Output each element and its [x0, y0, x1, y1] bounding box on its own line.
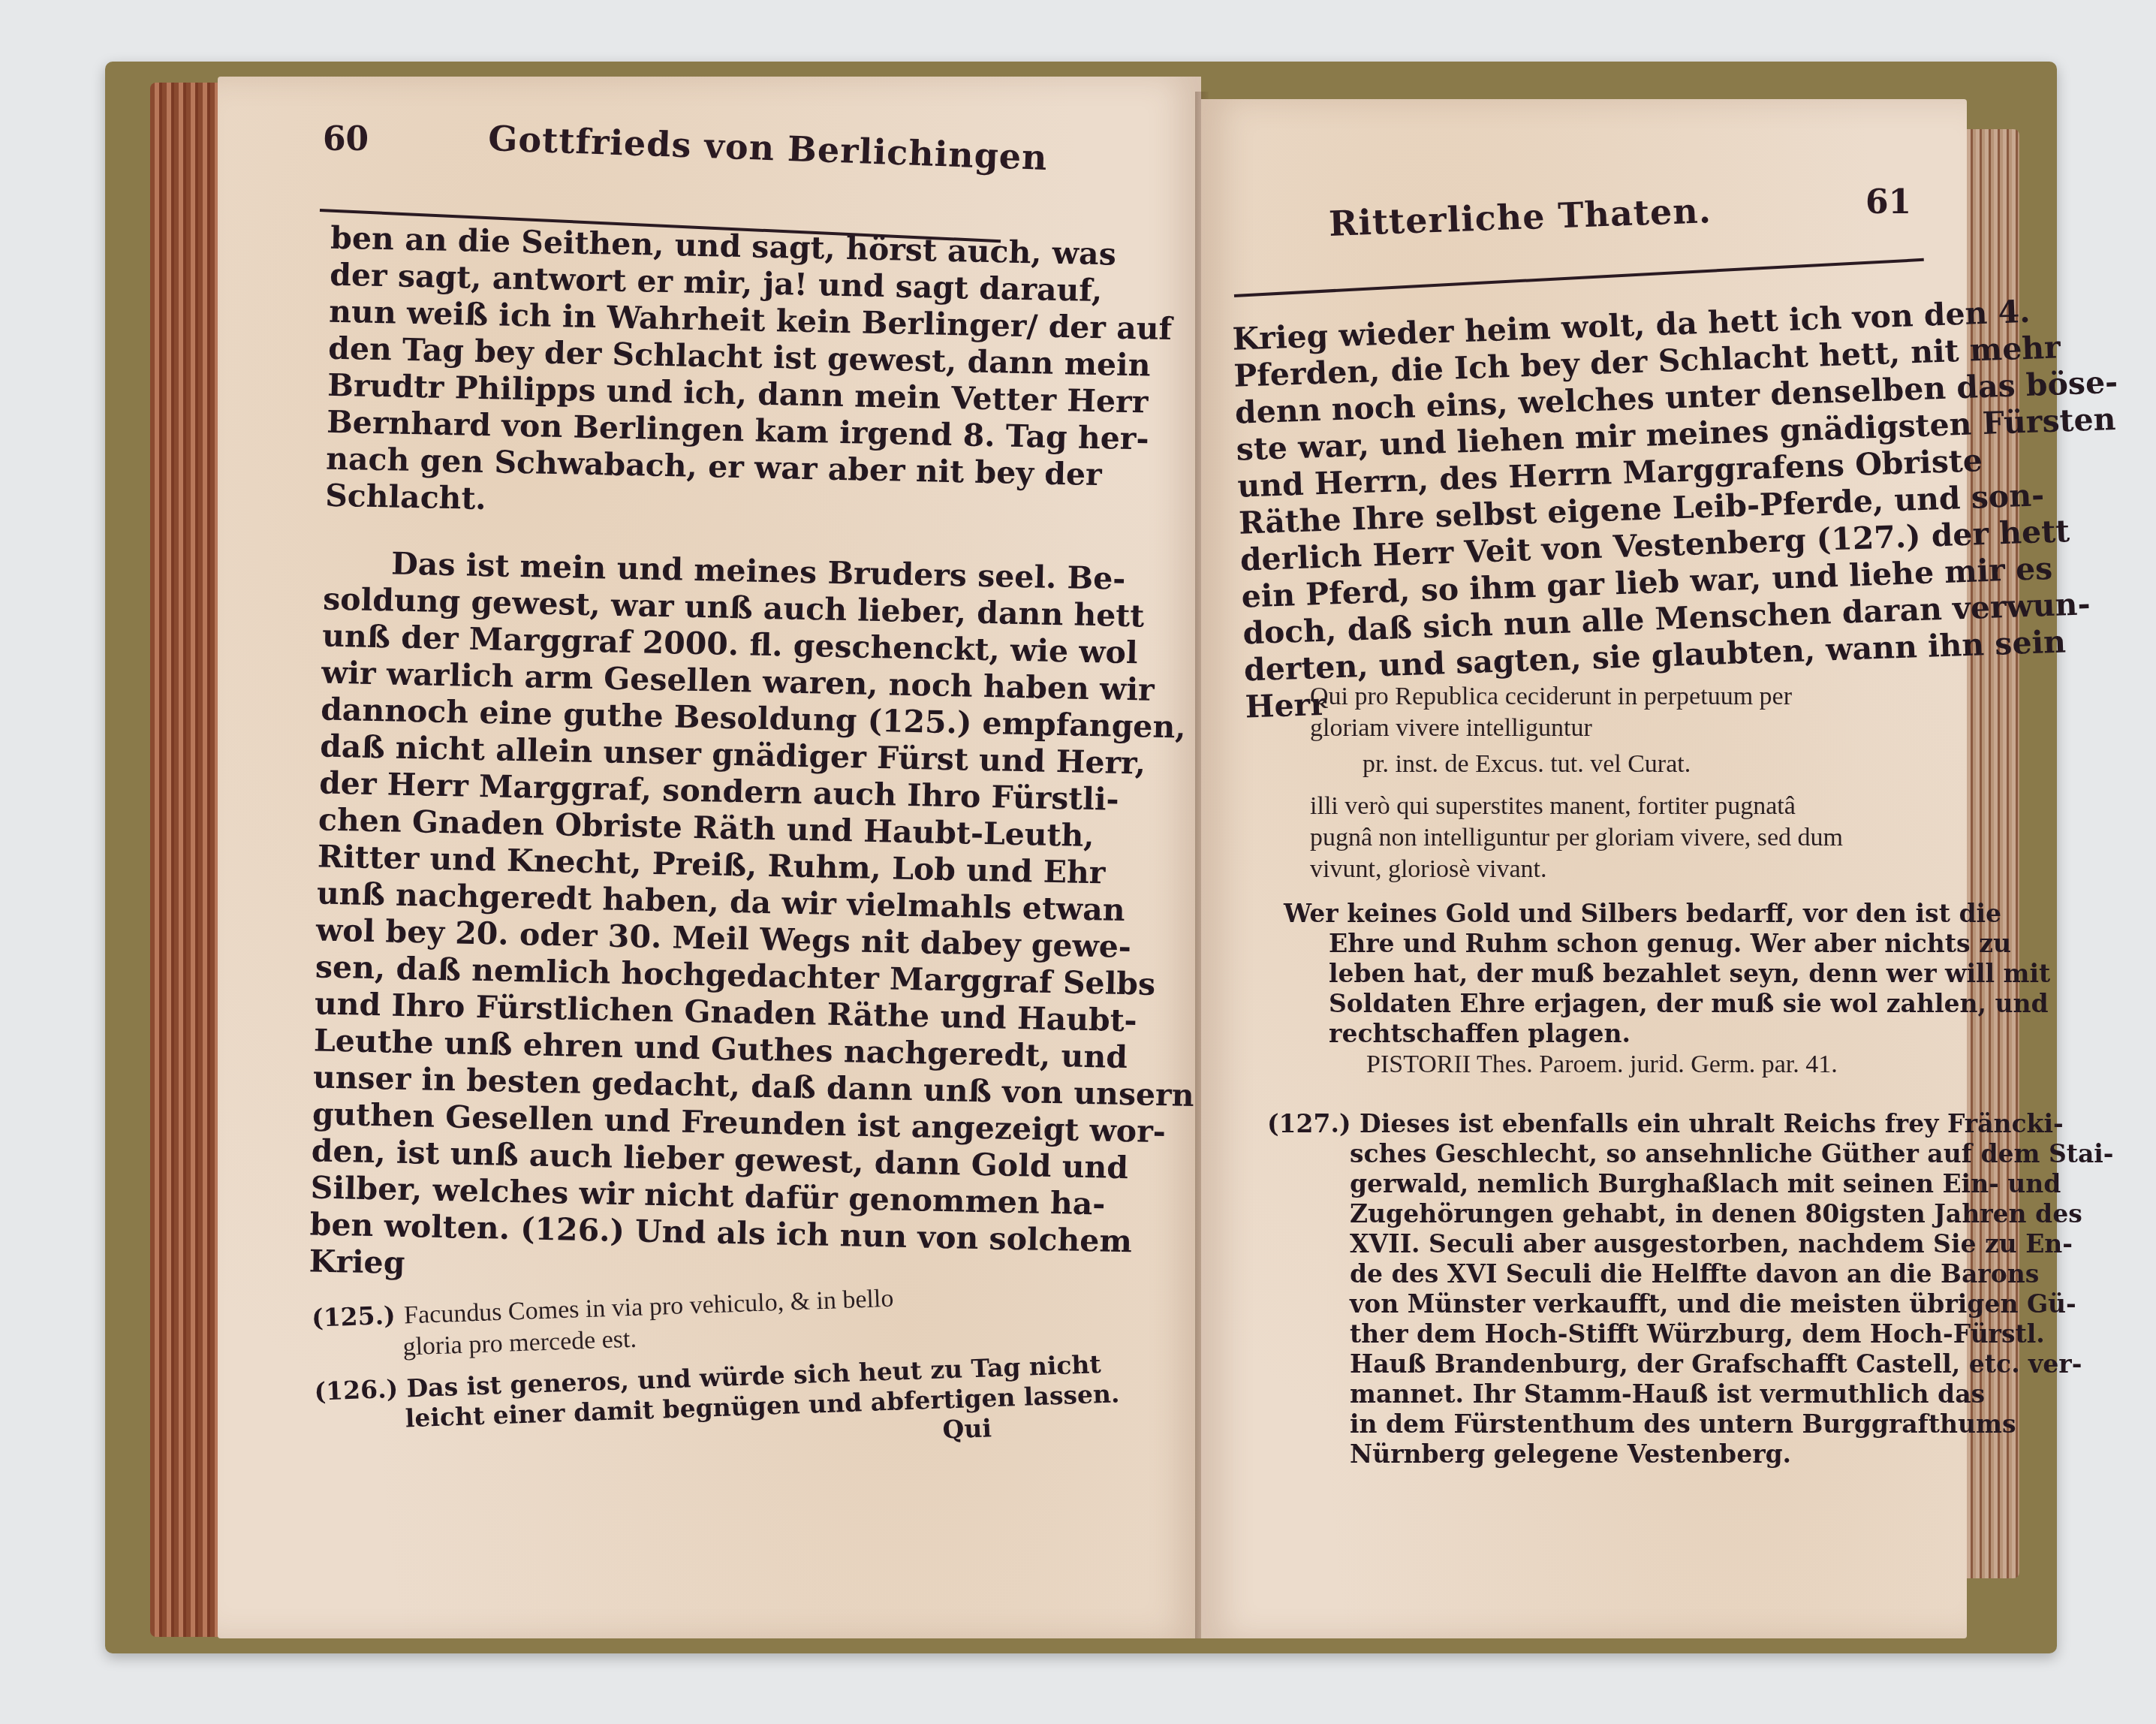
quote-line: Qui pro Republica ceciderunt in perpetuu…: [1310, 681, 1926, 713]
footnote-marker: (126.): [314, 1374, 399, 1406]
page-number: 60: [323, 120, 369, 158]
footnote-text: Dieses ist ebenfalls ein uhralt Reichs f…: [1360, 1109, 2064, 1138]
footnote-text: de des XVI Seculi die Helffte davon an d…: [1267, 1259, 1928, 1289]
right-main-text: Krieg wieder heim wolt, da hett ich von …: [1232, 297, 1921, 725]
paragraph: Das ist mein und meines Bruders seel. Be…: [309, 544, 999, 1295]
footnote-126: (126.) Das ist generos, und würde sich h…: [314, 1353, 992, 1466]
quote-line: gloriam vivere intelliguntur: [1310, 713, 1926, 744]
quote-citation: pr. inst. de Excus. tut. vel Curat.: [1310, 749, 1926, 780]
proverb-line: leben hat, der muß bezahlet seyn, denn w…: [1284, 959, 1929, 989]
quote-line: pugnâ non intelliguntur per gloriam vive…: [1310, 822, 1926, 854]
right-running-head: Ritterliche Thaten.: [1328, 190, 1712, 244]
proverb-block: Wer keines Gold und Silbers bedarff, vor…: [1284, 899, 1929, 1081]
left-page-header: 60: [323, 120, 369, 158]
footnote-marker: (125.): [311, 1301, 396, 1333]
footnote-text: Nürnberg gelegene Vestenberg.: [1267, 1439, 1928, 1469]
latin-quote: Qui pro Republica ceciderunt in perpetuu…: [1310, 681, 1926, 885]
footnote-text: gerwald, nemlich Burghaßlach mit seinen …: [1267, 1169, 1928, 1199]
proverb-line: rechtschaffen plagen.: [1284, 1019, 1929, 1049]
right-page-header: 61: [1865, 183, 1911, 222]
proverb-line: Soldaten Ehre erjagen, der muß sie wol z…: [1284, 989, 1929, 1019]
footnote-125: (125.) Facundus Comes in via pro vehicul…: [311, 1279, 988, 1366]
proverb-line: Ehre und Ruhm schon genug. Wer aber nich…: [1284, 929, 1929, 959]
running-head: Ritterliche Thaten.: [1328, 190, 1712, 244]
page-number: 61: [1865, 183, 1911, 222]
header-rule: [1234, 258, 1924, 297]
footnote-text: ther dem Hoch-Stifft Würzburg, dem Hoch-…: [1267, 1319, 1928, 1349]
running-head: Gottfrieds von Berlichingen: [487, 118, 1048, 178]
footnote-text: Zugehörungen gehabt, in denen 80igsten J…: [1267, 1199, 1928, 1229]
open-book: 60 Gottfrieds von Berlichingen ben an di…: [105, 54, 2057, 1661]
right-page: Ritterliche Thaten. 61 Krieg wieder heim…: [1201, 99, 1967, 1638]
footnote-marker: (127.): [1267, 1109, 1351, 1138]
footnote-text: sches Geschlecht, so ansehnliche Güther …: [1267, 1139, 1928, 1169]
left-main-text: ben an die Seithen, und sagt, hörst auch…: [309, 220, 1006, 1295]
footnote-text: Hauß Brandenburg, der Grafschafft Castel…: [1267, 1349, 1928, 1379]
left-page: 60 Gottfrieds von Berlichingen ben an di…: [218, 77, 1201, 1638]
quote-line: illi verò qui superstites manent, fortit…: [1310, 791, 1926, 822]
footnote-text: XVII. Seculi aber ausgestorben, nachdem …: [1267, 1229, 1928, 1259]
proverb-citation: PISTORII Thes. Paroem. jurid. Germ. par.…: [1284, 1049, 1929, 1081]
left-footnotes: (125.) Facundus Comes in via pro vehicul…: [311, 1279, 992, 1466]
quote-line: vivunt, gloriosè vivant.: [1310, 854, 1926, 885]
left-running-head: Gottfrieds von Berlichingen: [487, 118, 1048, 178]
paragraph: ben an die Seithen, und sagt, hörst auch…: [325, 220, 1007, 529]
proverb-line: Wer keines Gold und Silbers bedarff, vor…: [1284, 899, 1929, 929]
footnote-text: mannet. Ihr Stamm-Hauß ist vermuthlich d…: [1267, 1379, 1928, 1409]
footnote-127: (127.) Dieses ist ebenfalls ein uhralt R…: [1267, 1109, 1928, 1469]
footnote-text: von Münster verkaufft, und die meisten ü…: [1267, 1289, 1928, 1319]
footnote-text: in dem Fürstenthum des untern Burggrafth…: [1267, 1409, 1928, 1439]
